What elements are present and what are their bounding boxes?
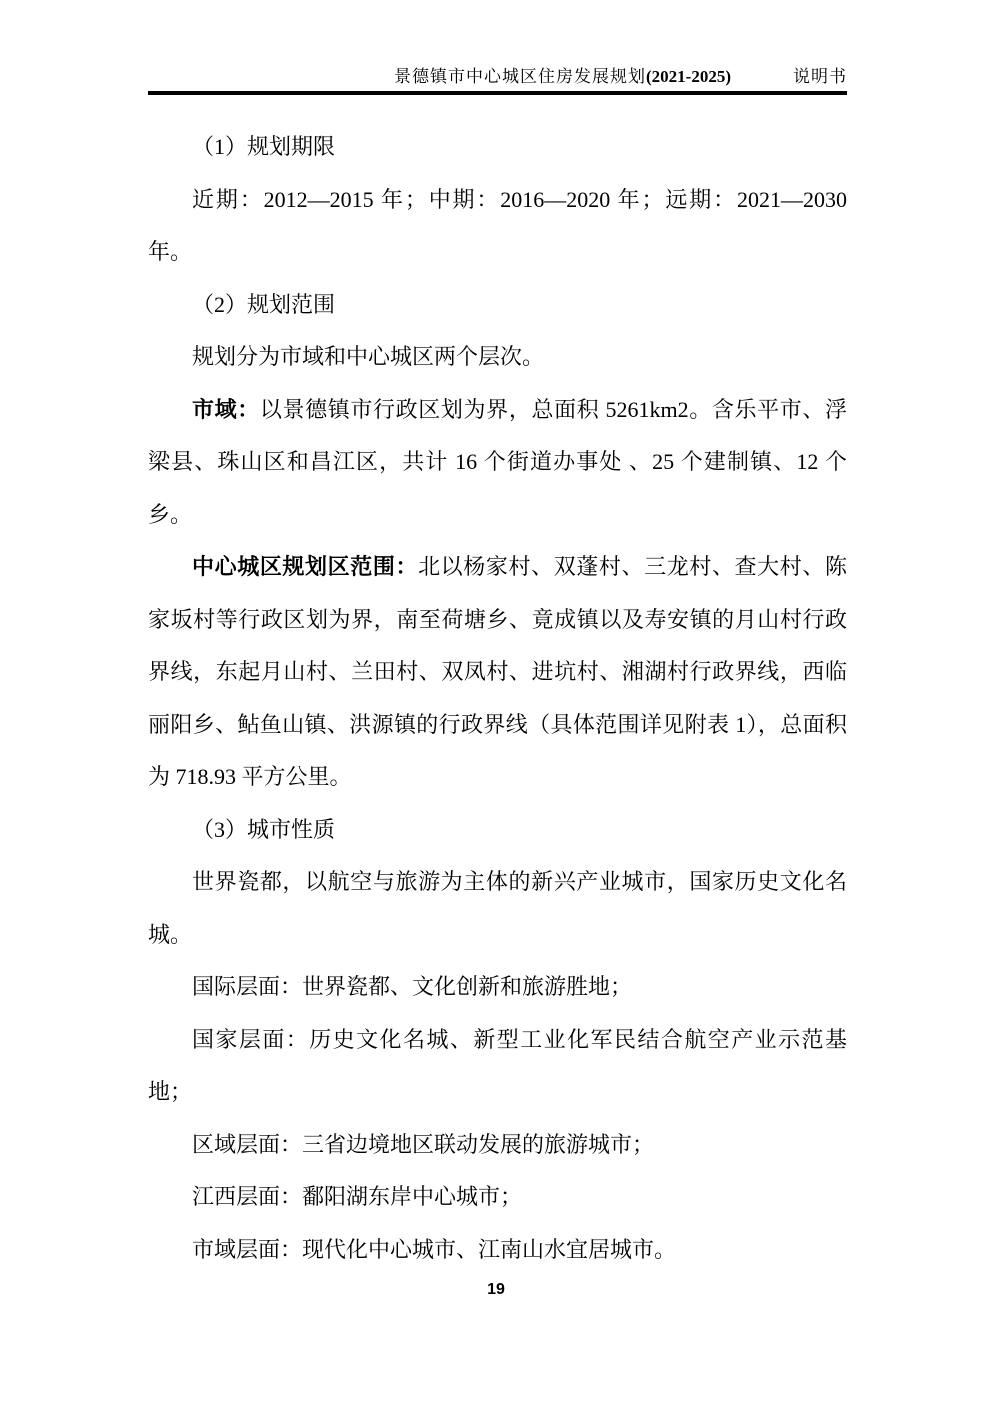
document-page: 景德镇市中心城区住房发展规划(2021-2025) 说明书 （1）规划期限 近期… — [0, 0, 992, 1403]
document-body: （1）规划期限 近期：2012—2015 年；中期：2016—2020 年；远期… — [148, 121, 847, 1276]
paragraph-city-region: 市域：以景德镇市行政区划为界，总面积 5261km2。含乐平市、浮梁县、珠山区和… — [148, 384, 847, 542]
heading-city-nature: （3）城市性质 — [148, 804, 847, 857]
paragraph-city-nature: 世界瓷都，以航空与旅游为主体的新兴产业城市，国家历史文化名城。 — [148, 856, 847, 961]
page-header: 景德镇市中心城区住房发展规划(2021-2025) 说明书 — [148, 66, 847, 95]
header-title-text: 景德镇市中心城区住房发展规划 — [394, 67, 646, 86]
header-line: 景德镇市中心城区住房发展规划(2021-2025) 说明书 — [148, 66, 847, 88]
heading-plan-period: （1）规划期限 — [148, 121, 847, 174]
paragraph-national-level: 国家层面：历史文化名城、新型工业化军民结合航空产业示范基地； — [148, 1014, 847, 1119]
paragraph-plan-period: 近期：2012—2015 年；中期：2016—2020 年；远期：2021—20… — [148, 174, 847, 279]
paragraph-regional-level: 区域层面：三省边境地区联动发展的旅游城市； — [148, 1119, 847, 1172]
paragraph-central-district: 中心城区规划区范围：北以杨家村、双蓬村、三龙村、查大村、陈家坂村等行政区划为界，… — [148, 541, 847, 804]
paragraph-jiangxi-level: 江西层面：鄱阳湖东岸中心城市； — [148, 1171, 847, 1224]
paragraph-central-district-text: 北以杨家村、双蓬村、三龙村、查大村、陈家坂村等行政区划为界，南至荷塘乡、竟成镇以… — [148, 554, 847, 789]
paragraph-city-domain-level: 市域层面：现代化中心城市、江南山水宜居城市。 — [148, 1224, 847, 1277]
heading-plan-scope: （2）规划范围 — [148, 279, 847, 332]
paragraph-city-region-lead: 市域： — [192, 397, 260, 422]
paragraph-scope-levels: 规划分为市域和中心城区两个层次。 — [148, 331, 847, 384]
paragraph-international-level: 国际层面：世界瓷都、文化创新和旅游胜地； — [148, 961, 847, 1014]
header-rule — [148, 91, 847, 95]
header-title: 景德镇市中心城区住房发展规划(2021-2025) — [394, 66, 731, 88]
page-number: 19 — [0, 1280, 992, 1300]
header-title-years: (2021-2025) — [646, 67, 731, 86]
header-doc-type: 说明书 — [793, 66, 847, 88]
paragraph-central-district-lead: 中心城区规划区范围： — [192, 554, 418, 579]
